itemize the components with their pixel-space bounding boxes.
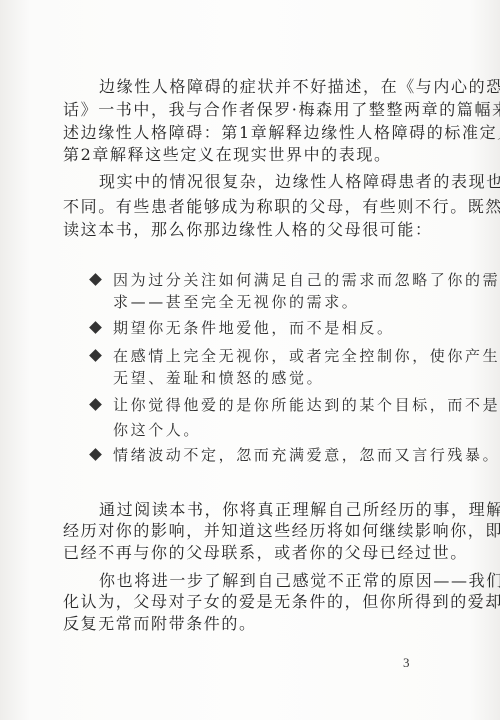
paragraph-line: 化认为，父母对子女的爱是无条件的，但你所得到的爱却总是	[63, 592, 500, 612]
paragraph-line: 你也将进一步了解到自己感觉不正常的原因——我们的文	[99, 571, 500, 591]
bullet-line: 因为过分关注如何满足自己的需求而忽略了你的需	[113, 270, 500, 290]
diamond-bullet-icon	[89, 398, 102, 411]
paragraph-line: 第2章解释这些定义在现实世界中的表现。	[63, 145, 392, 165]
paragraph-line: 已经不再与你的父母联系，或者你的父母已经过世。	[63, 543, 468, 563]
paragraph-line: 反复无常而附带条件的。	[63, 614, 257, 634]
paragraph-line: 话》一书中，我与合作者保罗·梅森用了整整两章的篇幅来描	[63, 100, 500, 120]
paragraph-line: 通过阅读本书，你将真正理解自己所经历的事，理解这些	[99, 500, 500, 520]
bullet-line: 期望你无条件地爱他，而不是相反。	[113, 318, 395, 338]
diamond-bullet-icon	[89, 321, 102, 334]
bullet-line: 情绪波动不定，忽而充满爱意，忽而又言行残暴。	[113, 445, 500, 465]
book-page: 边缘性人格障碍的症状并不好描述，在《与内心的恐惧对 话》一书中，我与合作者保罗·…	[0, 0, 500, 720]
paragraph-line: 边缘性人格障碍的症状并不好描述，在《与内心的恐惧对	[99, 77, 500, 97]
paragraph-line: 述边缘性人格障碍：第1章解释边缘性人格障碍的标准定义，	[63, 123, 500, 143]
diamond-bullet-icon	[89, 448, 102, 461]
bullet-line: 让你觉得他爱的是你所能达到的某个目标，而不是	[113, 395, 500, 415]
bullet-line: 无望、羞耻和愤怒的感觉。	[113, 368, 324, 388]
bullet-line: 求——甚至完全无视你的需求。	[113, 292, 359, 312]
page-number: 3	[403, 655, 410, 671]
paragraph-line: 读这本书，那么你那边缘性人格的父母很可能：	[63, 220, 433, 240]
diamond-bullet-icon	[89, 273, 102, 286]
diamond-bullet-icon	[89, 349, 102, 362]
bullet-line: 你这个人。	[113, 420, 201, 440]
bullet-line: 在感情上完全无视你，或者完全控制你，使你产生	[113, 346, 500, 366]
paragraph-line: 不同。有些患者能够成为称职的父母，有些则不行。既然你在	[63, 197, 500, 217]
paragraph-line: 经历对你的影响，并知道这些经历将如何继续影响你，即使你	[63, 521, 500, 541]
paragraph-line: 现实中的情况很复杂，边缘性人格障碍患者的表现也各有	[99, 172, 500, 192]
